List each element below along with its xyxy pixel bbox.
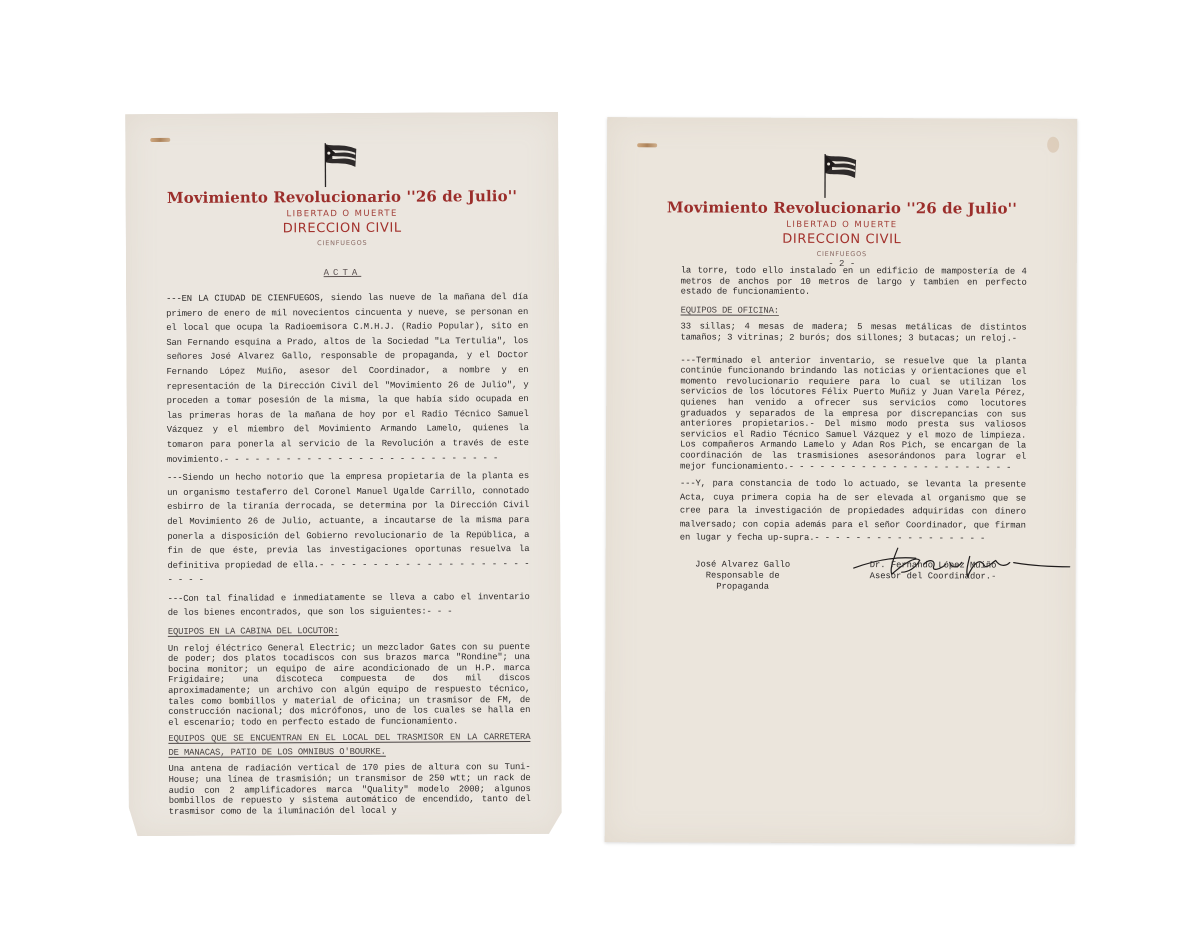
paragraph: ---Con tal finalidad e inmediatamente se… [168, 590, 530, 621]
letterhead-title: Movimiento Revolucionario ''26 de Julio'… [126, 187, 559, 207]
signatory-name: Dr. Fernando López Muiño [870, 560, 1040, 572]
cuban-flag-icon [822, 152, 862, 198]
letterhead-title: Movimiento Revolucionario ''26 de Julio'… [607, 198, 1077, 218]
inventory-text: Un reloj éléctrico General Electric; un … [168, 642, 530, 729]
paragraph: ---Terminado el anterior inventario, se … [680, 355, 1026, 473]
letterhead-motto: LIBERTAD O MUERTE [126, 208, 559, 220]
letterhead: Movimiento Revolucionario ''26 de Julio'… [607, 151, 1077, 270]
document-page-1: Movimiento Revolucionario ''26 de Julio'… [125, 112, 562, 836]
document-title: ACTA [126, 267, 559, 279]
letterhead-city: CIENFUEGOS [126, 238, 559, 248]
signatory-2: Dr. Fernando López Muiño Asesor del Coor… [870, 560, 1040, 583]
signatory-role: Responsable de Propaganda [678, 570, 808, 592]
paragraph: ---Y, para constancia de todo lo actuado… [680, 478, 1026, 547]
page2-body: la torre, todo ello instalado en un edif… [680, 265, 1027, 550]
section-heading: EQUIPOS DE OFICINA: [681, 303, 1027, 319]
letterhead-motto: LIBERTAD O MUERTE [607, 219, 1077, 231]
inventory-text: 33 sillas; 4 mesas de madera; 5 mesas me… [680, 322, 1026, 344]
signatory-name: José Alvarez Gallo [678, 559, 808, 570]
paper-stain [1047, 137, 1059, 153]
staple-mark [637, 143, 657, 147]
section-heading: EQUIPOS QUE SE ENCUENTRAN EN EL LOCAL DE… [168, 730, 530, 760]
section-heading: EQUIPOS EN LA CABINA DEL LOCUTOR: [168, 623, 530, 639]
letterhead: Movimiento Revolucionario ''26 de Julio'… [125, 140, 559, 248]
signatory-1: José Alvarez Gallo Responsable de Propag… [678, 559, 808, 592]
inventory-text: Una antena de radiación vertical de 170 … [169, 762, 531, 817]
letterhead-division: DIRECCION CIVIL [126, 220, 559, 237]
paragraph: la torre, todo ello instalado en un edif… [681, 265, 1027, 298]
letterhead-city: CIENFUEGOS [607, 249, 1077, 259]
document-page-2: Movimiento Revolucionario ''26 de Julio'… [605, 117, 1078, 844]
paragraph: ---EN LA CIUDAD DE CIENFUEGOS, siendo la… [166, 290, 529, 467]
paragraph: ---Siendo un hecho notorio que la empres… [167, 469, 530, 588]
page1-body: ---EN LA CIUDAD DE CIENFUEGOS, siendo la… [166, 290, 531, 821]
signatory-role: Asesor del Coordinador.- [870, 571, 1040, 583]
cuban-flag-icon [322, 141, 362, 187]
letterhead-division: DIRECCION CIVIL [607, 231, 1077, 248]
